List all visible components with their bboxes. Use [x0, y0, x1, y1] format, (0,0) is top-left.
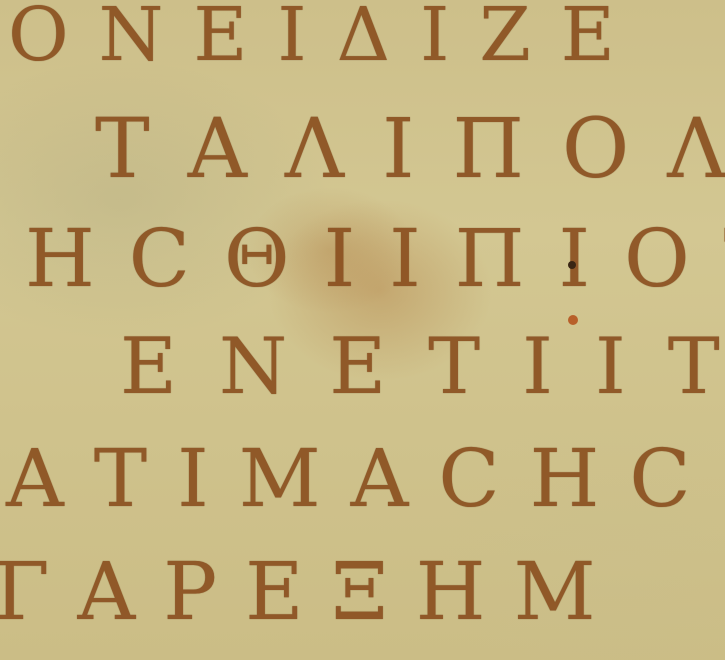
- text-line-2: ΤΑΛΙΠΟΛ: [95, 102, 725, 197]
- text-line-1: ΟΝΕΙΔΙΖΕ: [8, 0, 645, 78]
- manuscript-page: ΟΝΕΙΔΙΖΕ ΤΑΛΙΠΟΛ ΗϹΘΙΙΠΙΟΤ ΕΝΕΤΙΙΤ ΑΤΙΜΑ…: [0, 0, 725, 660]
- text-line-6: ΓΑΡΕΞΗΜ: [0, 545, 623, 638]
- ink-spot: [568, 315, 578, 325]
- text-line-3: ΗϹΘΙΙΠΙΟΤ: [25, 212, 725, 305]
- text-line-4: ΕΝΕΤΙΙΤ: [120, 322, 725, 412]
- punctuation-dot: [568, 261, 576, 269]
- text-line-5: ΑΤΙΜΑϹΗϹ: [6, 432, 721, 525]
